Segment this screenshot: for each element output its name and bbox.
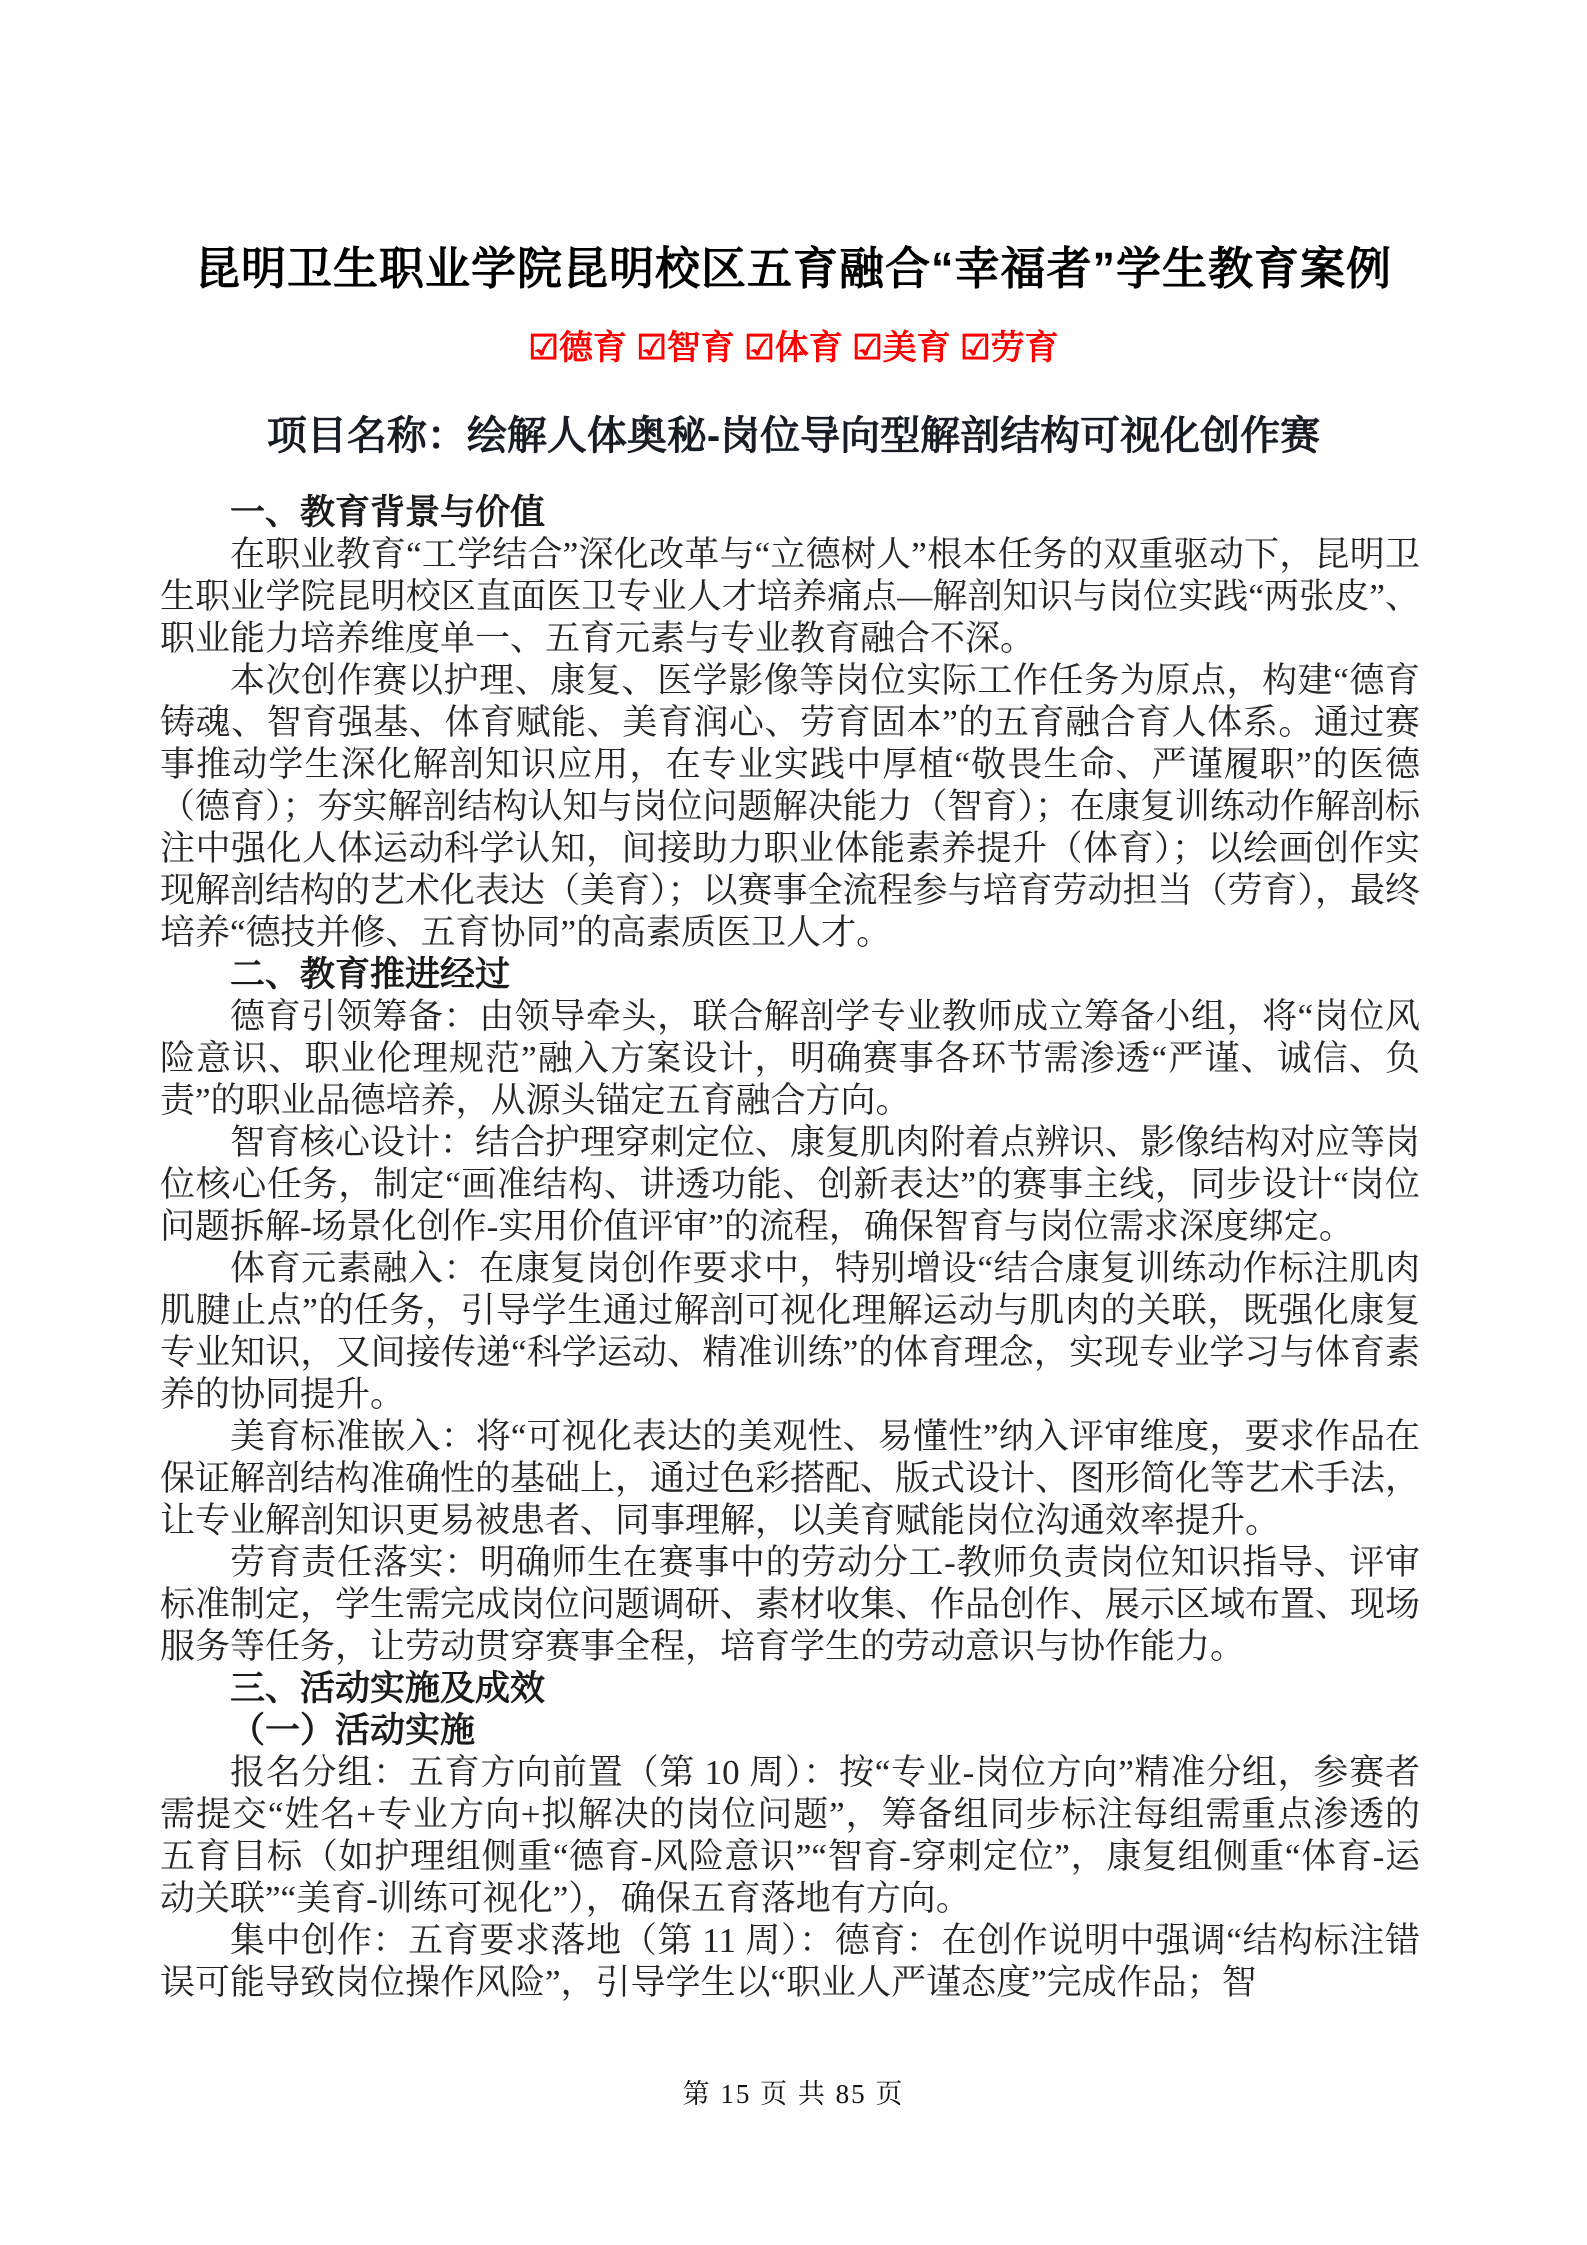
- page-number-footer: 第 15 页 共 85 页: [0, 2072, 1587, 2111]
- checked-checkbox-icon: ☑: [852, 329, 882, 367]
- document-body: 一、教育背景与价值 在职业教育“工学结合”深化改革与“立德树人”根本任务的双重驱…: [160, 492, 1420, 2004]
- content-block: 在职业教育“工学结合”深化改革与“立德树人”根本任务的双重驱动下，昆明卫生职业学…: [160, 534, 1420, 660]
- checkbox-item: ☑美育: [852, 329, 950, 367]
- checked-checkbox-icon: ☑: [528, 329, 558, 367]
- content-block: 美育标准嵌入：将“可视化表达的美观性、易懂性”纳入评审维度，要求作品在保证解剖结…: [160, 1416, 1420, 1542]
- checkbox-label: 德育: [559, 329, 627, 367]
- project-title: 项目名称：绘解人体奥秘-岗位导向型解剖结构可视化创作赛: [0, 413, 1587, 459]
- content-block: 体育元素融入：在康复岗创作要求中，特别增设“结合康复训练动作标注肌肉肌腱止点”的…: [160, 1248, 1420, 1416]
- content-block: 德育引领筹备：由领导牵头，联合解剖学专业教师成立筹备小组，将“岗位风险意识、职业…: [160, 996, 1420, 1122]
- content-block: 智育核心设计：结合护理穿刺定位、康复肌肉附着点辨识、影像结构对应等岗位核心任务，…: [160, 1122, 1420, 1248]
- checkbox-label: 美育: [883, 329, 951, 367]
- checked-checkbox-icon: ☑: [960, 329, 990, 367]
- checkbox-item: ☑德育: [528, 329, 626, 367]
- checkbox-item: ☑智育: [636, 329, 734, 367]
- content-block: （一）活动实施: [160, 1710, 1420, 1752]
- content-block: 一、教育背景与价值: [160, 492, 1420, 534]
- document-page: 昆明卫生职业学院昆明校区五育融合“幸福者”学生教育案例 ☑德育 ☑智育 ☑体育 …: [0, 0, 1587, 2245]
- checkbox-label: 劳育: [991, 329, 1059, 367]
- content-block: 集中创作：五育要求落地（第 11 周）：德育：在创作说明中强调“结构标注错误可能…: [160, 1920, 1420, 2004]
- checked-checkbox-icon: ☑: [636, 329, 666, 367]
- checkbox-item: ☑劳育: [960, 329, 1058, 367]
- checkbox-label: 智育: [667, 329, 735, 367]
- checkbox-label: 体育: [775, 329, 843, 367]
- checked-checkbox-icon: ☑: [744, 329, 774, 367]
- content-block: 报名分组：五育方向前置（第 10 周）：按“专业-岗位方向”精准分组，参赛者需提…: [160, 1752, 1420, 1920]
- five-education-checkbox-line: ☑德育 ☑智育 ☑体育 ☑美育 ☑劳育: [0, 329, 1587, 367]
- document-title: 昆明卫生职业学院昆明校区五育融合“幸福者”学生教育案例: [0, 0, 1587, 295]
- content-block: 三、活动实施及成效: [160, 1668, 1420, 1710]
- content-block: 本次创作赛以护理、康复、医学影像等岗位实际工作任务为原点，构建“德育铸魂、智育强…: [160, 660, 1420, 954]
- content-block: 劳育责任落实：明确师生在赛事中的劳动分工-教师负责岗位知识指导、评审标准制定，学…: [160, 1542, 1420, 1668]
- checkbox-item: ☑体育: [744, 329, 842, 367]
- content-block: 二、教育推进经过: [160, 954, 1420, 996]
